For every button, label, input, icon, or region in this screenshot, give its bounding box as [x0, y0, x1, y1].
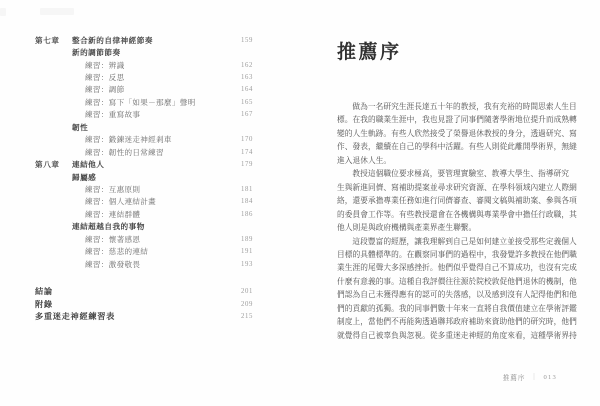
- toc-entry-title: 練習：反思: [85, 72, 124, 83]
- toc-page-number: 189: [241, 236, 253, 243]
- toc-entry-title: 歸屬感: [72, 172, 96, 183]
- text-line: 變的人生軌跡。有些人欣然接受了榮譽退休教授的身分，透過研究、寫: [337, 127, 579, 140]
- toc-row: 練習：辨識162: [35, 59, 253, 71]
- text-line: 教授這個職位要求極高，要管理實驗室、教導大學生、指導研究: [337, 167, 579, 180]
- toc-entry-title: 練習：個人連結計畫: [85, 196, 156, 207]
- toc-row: 練習：互惠原則181: [35, 183, 253, 195]
- text-line: 標。在我的職業生涯中，我也見證了同事們隨著學術地位提升而成熟轉: [337, 113, 579, 126]
- toc-row: 練習：韌性的日常練習174: [35, 146, 253, 158]
- text-line: 生與新進同儕、寫補助提案並尋求研究資源、在學科領域內建立人際網: [337, 181, 579, 194]
- text-line: 們認為自己未獲得應有的認可的失落感，以及感到沒有人記得他們和他: [337, 288, 579, 301]
- toc-row: 第七章整合新的自律神經節奏159: [35, 34, 253, 46]
- toc-page-number: 174: [241, 149, 253, 156]
- toc-entry-title: 練習：重寫故事: [85, 109, 140, 120]
- toc-entry-title: 練習：慈悲的連結: [85, 246, 148, 257]
- toc-page-number: 186: [241, 211, 253, 218]
- toc-page-number: 193: [241, 261, 253, 268]
- toc-entry-title: 多重迷走神經練習表: [35, 311, 115, 322]
- toc-entry-title: 練習：寫下「如果－那麼」聲明: [85, 97, 196, 108]
- paragraph: 這段豐富的經歷，讓我理解到自己是如何建立並接受那些定義個人目標的具體標準的。在觀…: [337, 235, 579, 343]
- toc-row: 附錄209: [35, 298, 253, 311]
- right-page: 推薦序 做為一名研究生涯長達五十年的教授，我有充裕的時間思索人生目標。在我的職業…: [300, 0, 600, 406]
- toc-row: 韌性: [35, 121, 253, 133]
- toc-row: 新的調節節奏: [35, 46, 253, 58]
- toc-page-number: 170: [241, 136, 253, 143]
- toc-entry-title: 整合新的自律神經節奏: [72, 35, 153, 46]
- toc-entry-title: 連結他人: [72, 159, 104, 170]
- toc-entry-title: 新的調節節奏: [72, 47, 121, 58]
- toc-row: 練習：反思163: [35, 71, 253, 83]
- footer-divider: ｜: [531, 372, 539, 382]
- toc-entry-title: 練習：連結群體: [85, 209, 140, 220]
- toc-row: 練習：鍛鍊迷走神經剎車170: [35, 134, 253, 146]
- text-line: 他人則是與政府機構與產業界產生聯繫。: [337, 221, 579, 234]
- toc-row: 練習：重寫故事167: [35, 109, 253, 121]
- toc-page-number: 191: [241, 248, 253, 255]
- page-footer: 推薦序 ｜ 013: [503, 372, 557, 382]
- preface-body: 做為一名研究生涯長達五十年的教授，我有充裕的時間思索人生目標。在我的職業生涯中，…: [337, 100, 579, 342]
- toc-page-number: 159: [241, 37, 253, 44]
- text-line: 制度上，當他們不再能夠透過聯邦政府補助來資助他們的研究時，他們: [337, 315, 579, 328]
- toc-page-number: 209: [241, 301, 253, 308]
- toc-page-number: 184: [241, 198, 253, 205]
- footer-section-label: 推薦序: [503, 372, 526, 382]
- preface-title: 推薦序: [337, 37, 402, 64]
- paragraph: 做為一名研究生涯長達五十年的教授，我有充裕的時間思索人生目標。在我的職業生涯中，…: [337, 100, 579, 167]
- toc-row: 歸屬感: [35, 171, 253, 183]
- toc-entry-title: 練習：辨識: [85, 60, 124, 71]
- toc-row: 練習：懷著感恩189: [35, 233, 253, 245]
- toc-page-number: 215: [241, 313, 253, 320]
- toc-page-number: 181: [241, 186, 253, 193]
- toc-row: 多重迷走神經練習表215: [35, 311, 253, 324]
- toc-entry-title: 練習：韌性的日常練習: [85, 147, 164, 158]
- toc-entry-title: 連結超越自我的事物: [72, 221, 145, 232]
- toc-row: 連結超越自我的事物: [35, 221, 253, 233]
- toc-entry-title: 練習：互惠原則: [85, 184, 140, 195]
- footer-page-number: 013: [544, 374, 558, 381]
- toc-row: 練習：連結群體186: [35, 208, 253, 220]
- text-line: 就覺得自己被辜負與忽視。從多重迷走神經的角度來看，這種學術界持: [337, 329, 579, 342]
- text-line: 目標的具體標準的。在觀察同事們的過程中，我發覺許多教授在他們職: [337, 248, 579, 261]
- book-spread: 第七章整合新的自律神經節奏159新的調節節奏練習：辨識162練習：反思163練習…: [0, 0, 600, 406]
- toc-row: 練習：激發敬畏193: [35, 258, 253, 270]
- toc-page-number: 162: [241, 62, 253, 69]
- toc-entry-title: 韌性: [72, 122, 88, 133]
- toc-page-number: 164: [241, 86, 253, 93]
- toc-page-number: 163: [241, 74, 253, 81]
- text-line: 什麼有意義的事。這種自我評價往往源於院校敦促他們退休的機制，他: [337, 275, 579, 288]
- text-line: 業生涯的尾聲大多深感挫折。他們似乎覺得自己不算成功，也沒有完成: [337, 261, 579, 274]
- toc-page-number: 165: [241, 99, 253, 106]
- text-line: 作、發表，繼續在自己的學科中活躍。有些人則從此離開學術界，無縫: [337, 140, 579, 153]
- text-line: 們的貢獻的孤獨。我的同事們數十年來一直將自我價值建立在學術評鑑: [337, 302, 579, 315]
- toc-entry-title: 練習：激發敬畏: [85, 259, 140, 270]
- toc-row: 練習：慈悲的連結191: [35, 245, 253, 257]
- toc-chapter-label: 第七章: [35, 35, 72, 46]
- toc-row: 練習：調節164: [35, 84, 253, 96]
- toc-entry-title: 附錄: [35, 299, 53, 310]
- text-line: 絡，還要承擔專業任務如進行同儕審查、審閱文稿與補助案、參與各項: [337, 194, 579, 207]
- toc-chapter-label: 第八章: [35, 159, 72, 170]
- toc-entry-title: 練習：懷著感恩: [85, 234, 140, 245]
- text-line: 的委員會工作等。有些教授還會在各機構與專業學會中擔任行政職，其: [337, 208, 579, 221]
- paragraph: 教授這個職位要求極高，要管理實驗室、教導大學生、指導研究生與新進同儕、寫補助提案…: [337, 167, 579, 234]
- toc-list: 第七章整合新的自律神經節奏159新的調節節奏練習：辨識162練習：反思163練習…: [0, 0, 300, 323]
- toc-row: 練習：個人連結計畫184: [35, 196, 253, 208]
- toc-row: 第八章連結他人179: [35, 158, 253, 170]
- text-line: 這段豐富的經歷，讓我理解到自己是如何建立並接受那些定義個人: [337, 235, 579, 248]
- text-line: 做為一名研究生涯長達五十年的教授，我有充裕的時間思索人生目: [337, 100, 579, 113]
- text-line: 進入退休人生。: [337, 154, 579, 167]
- left-page: 第七章整合新的自律神經節奏159新的調節節奏練習：辨識162練習：反思163練習…: [0, 0, 300, 406]
- toc-page-number: 167: [241, 111, 253, 118]
- toc-page-number: 179: [241, 161, 253, 168]
- toc-row: 練習：寫下「如果－那麼」聲明165: [35, 96, 253, 108]
- toc-entry-title: 結論: [35, 286, 53, 297]
- toc-row: 結論201: [35, 285, 253, 298]
- toc-entry-title: 練習：調節: [85, 84, 124, 95]
- toc-entry-title: 練習：鍛鍊迷走神經剎車: [85, 134, 172, 145]
- toc-page-number: 201: [241, 288, 253, 295]
